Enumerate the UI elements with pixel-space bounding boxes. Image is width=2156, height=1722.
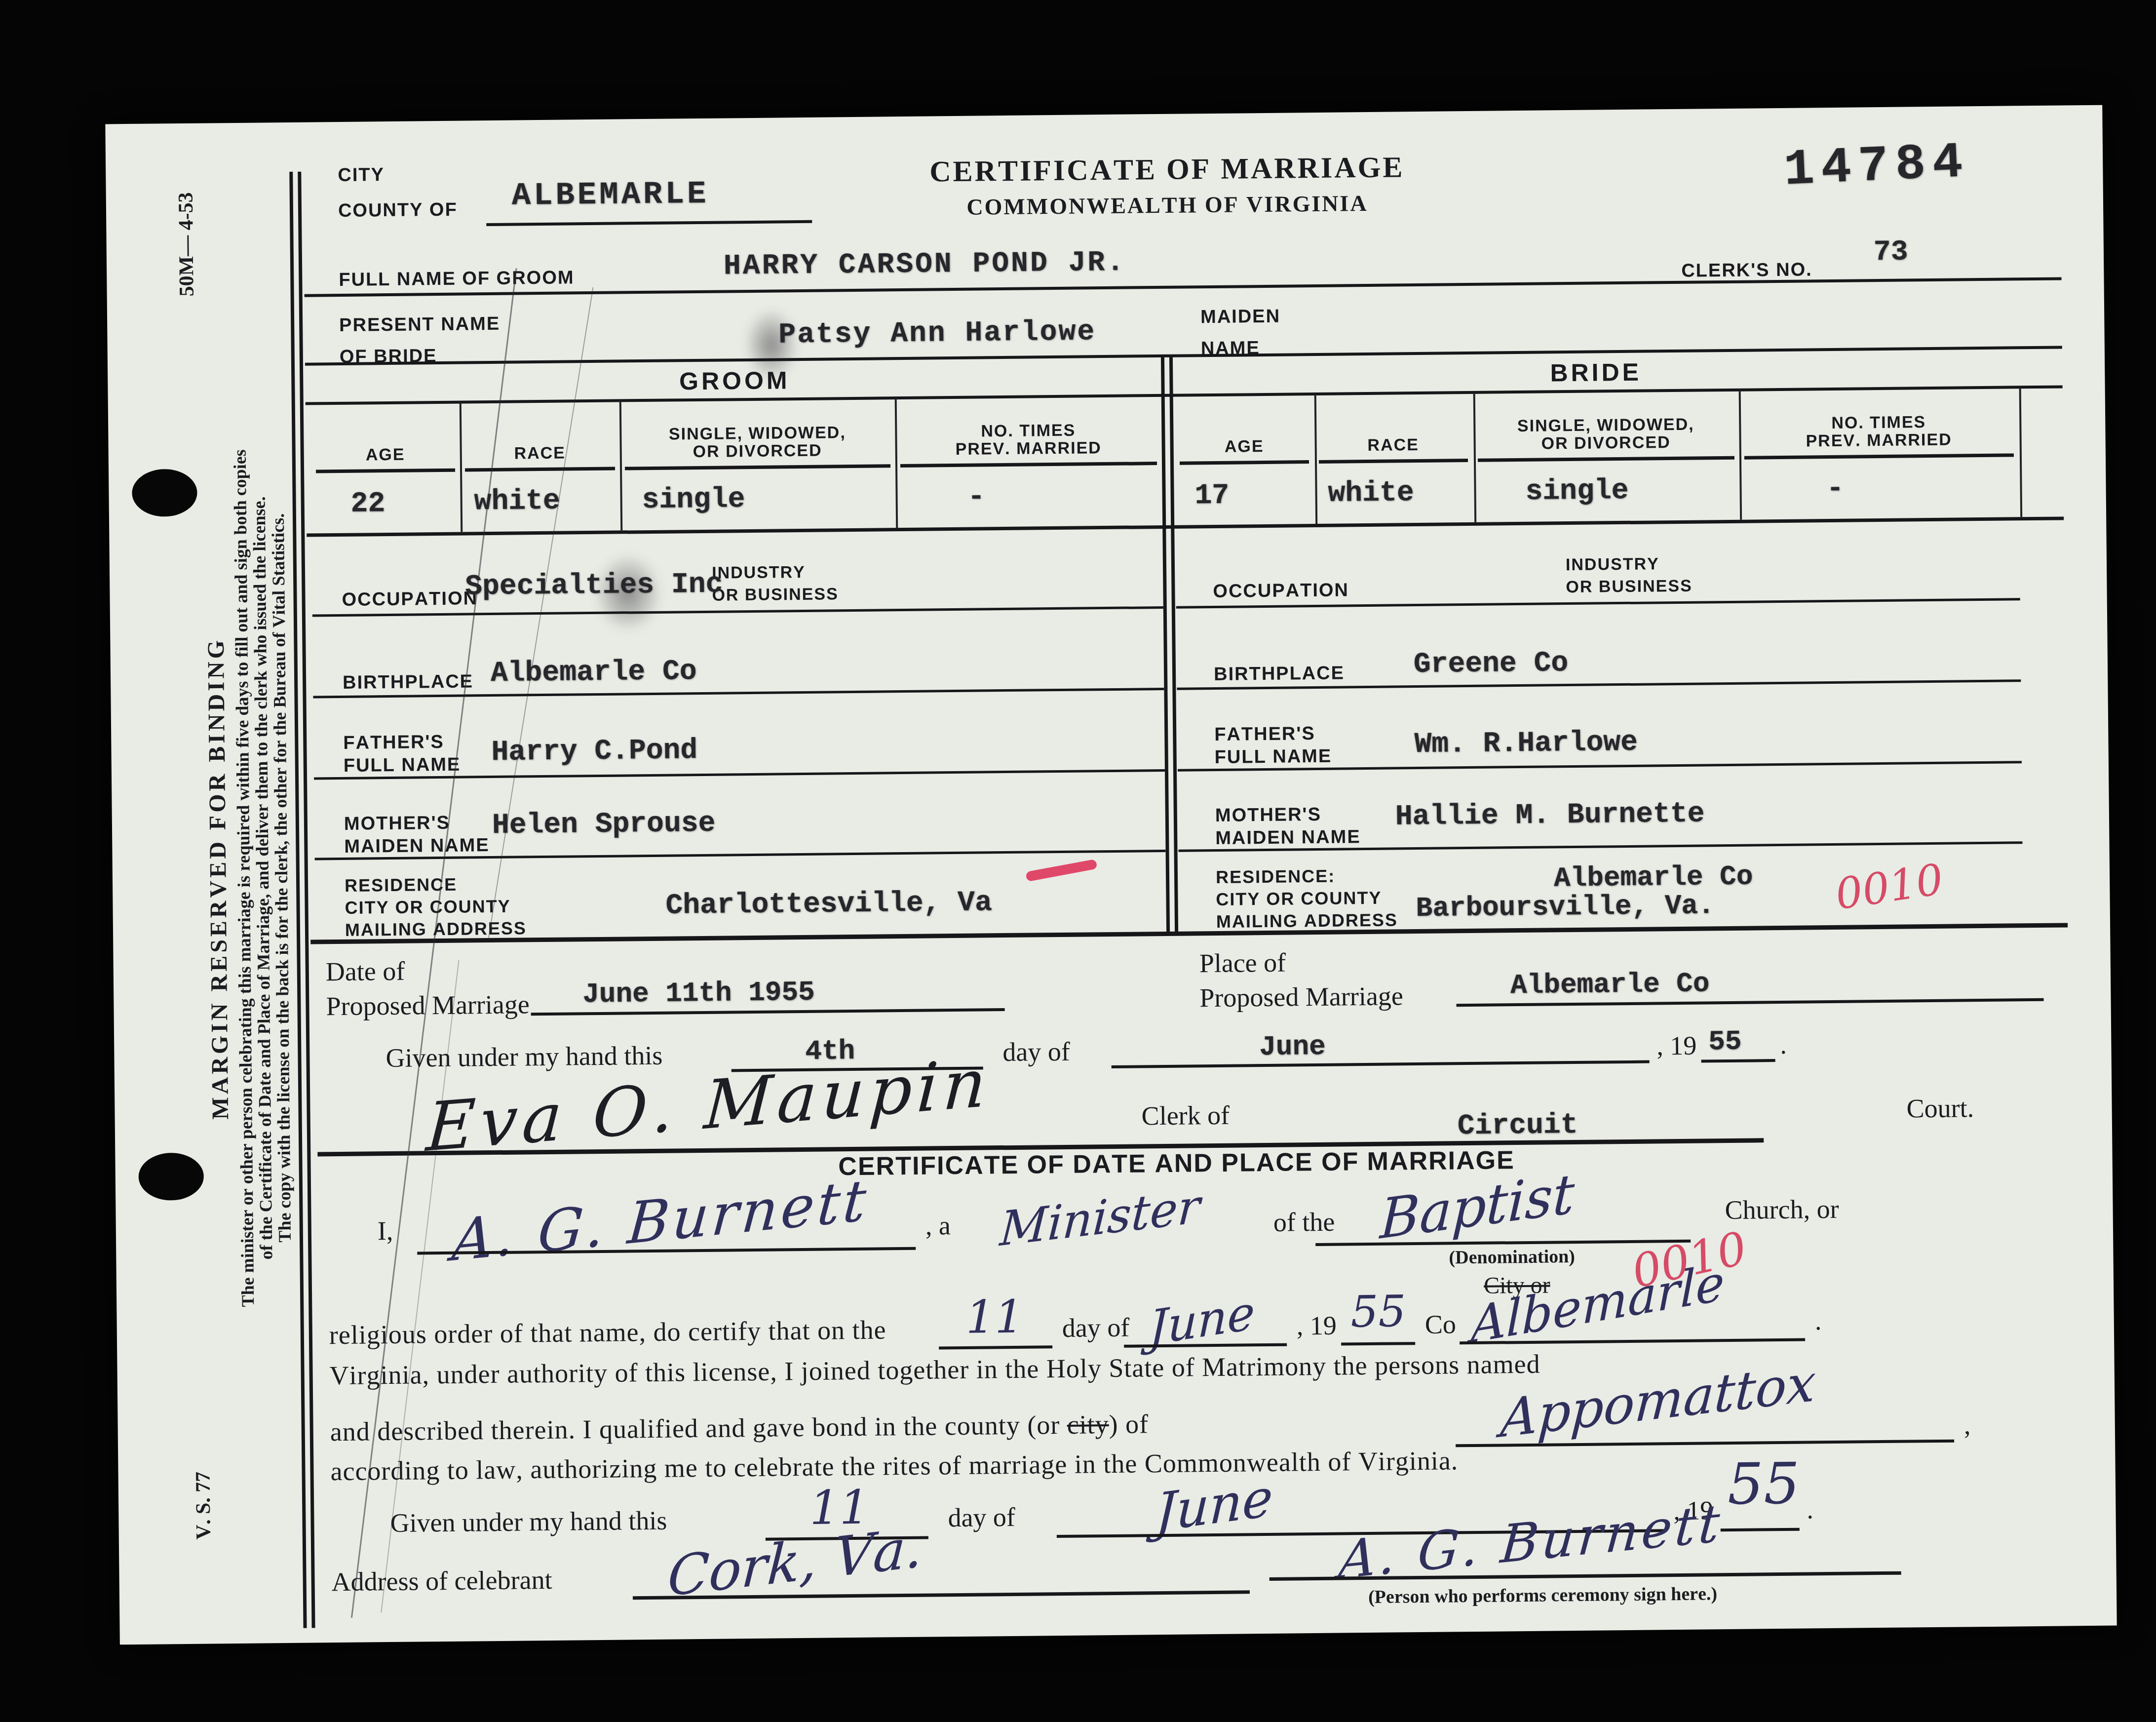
bride-birthplace-label: BIRTHPLACE: [1214, 663, 1345, 685]
date-of-label-2: Proposed Marriage: [326, 989, 530, 1021]
red-check-mark: [1025, 859, 1097, 882]
groom-times-header: NO. TIMES PREV. MARRIED: [900, 403, 1157, 468]
groom-name-value: HARRY CARSON POND JR.: [724, 247, 1126, 283]
virginia-line: Virginia, under authority of this licens…: [329, 1349, 1540, 1391]
cert-co-label: Co: [1424, 1309, 1456, 1340]
print-code: 50M— 4-53: [174, 192, 199, 297]
groom-birthplace-value: Albemarle Co: [491, 656, 697, 690]
county-of-label: COUNTY OF: [338, 200, 458, 221]
bride-race-value: white: [1328, 477, 1414, 510]
rule-under-residence: [310, 923, 2068, 944]
bride-father-value: Wm. R.Harlowe: [1414, 727, 1638, 761]
bride-residence-label-1: RESIDENCE:: [1216, 867, 1335, 887]
cert-i-label: I,: [378, 1215, 393, 1246]
groom-section-title: GROOM: [310, 363, 1159, 398]
court-type-value: Circuit: [1458, 1109, 1578, 1142]
groom-race-header: RACE: [464, 408, 615, 472]
groom-marital-value: single: [642, 483, 745, 516]
bride-col-divider-4: [2019, 387, 2023, 517]
according-line: according to law, authorizing me to cele…: [330, 1445, 1458, 1487]
bond-line: and described therein. I qualified and g…: [330, 1409, 1149, 1447]
place-of-label-1: Place of: [1199, 947, 1286, 979]
of-the-label: of the: [1273, 1207, 1335, 1238]
clerks-no-label: CLERK'S NO.: [1681, 260, 1812, 281]
county-value: ALBEMARLE: [511, 177, 709, 214]
cert-given-day-of: day of: [948, 1502, 1015, 1533]
bride-age-value: 17: [1194, 480, 1229, 512]
city-label: CITY: [338, 165, 385, 186]
bride-father-label-2: FULL NAME: [1215, 746, 1332, 768]
groom-age-header: AGE: [315, 410, 455, 473]
groom-mother-value: Helen Sprouse: [492, 808, 716, 842]
cert-year-rule: [1341, 1342, 1415, 1345]
church-or-label: Church, or: [1725, 1194, 1839, 1225]
bride-col-divider-3: [1739, 390, 1742, 520]
rule-under-values: [307, 516, 2064, 537]
groom-col-divider-1: [460, 402, 463, 532]
bride-residence-value-2: Barboursville, Va.: [1416, 890, 1714, 924]
groom-father-label-1: FATHER'S: [343, 732, 444, 753]
groom-bride-divider: [1161, 356, 1178, 933]
bride-name-value: Patsy Ann Harlowe: [778, 316, 1096, 351]
court-label: Court.: [1906, 1093, 1974, 1124]
bride-section-title: BRIDE: [1174, 355, 2018, 390]
county-underline: [486, 220, 812, 226]
day-of-text: day of: [1002, 1036, 1070, 1067]
certificate-number-stamp: 14784: [1783, 134, 1971, 199]
address-label: Address of celebrant: [331, 1565, 552, 1597]
groom-mother-label-2: MAIDEN NAME: [344, 835, 490, 857]
bride-race-header: RACE: [1318, 400, 1468, 464]
clerks-no-value: 73: [1874, 236, 1908, 269]
given-year-rule: [1701, 1059, 1775, 1062]
groom-times-value: -: [967, 481, 985, 513]
groom-father-value: Harry C.Pond: [491, 735, 697, 769]
cert-year-value: 55: [1350, 1286, 1406, 1337]
groom-industry-label-2: OR BUSINESS: [712, 585, 839, 604]
bride-marital-value: single: [1525, 475, 1628, 508]
groom-birthplace-label: BIRTHPLACE: [343, 671, 473, 693]
groom-residence-label-2: CITY OR COUNTY: [345, 897, 510, 918]
bride-father-label-1: FATHER'S: [1214, 724, 1315, 745]
bride-industry-label-2: OR BUSINESS: [1566, 577, 1693, 596]
given-year-value: 55: [1708, 1026, 1742, 1058]
bride-mother-label-1: MOTHER'S: [1215, 805, 1321, 826]
given-month-value: June: [1259, 1031, 1326, 1063]
cert-end-dot: .: [1814, 1305, 1821, 1336]
bride-residence-label-2: CITY OR COUNTY: [1216, 889, 1382, 909]
groom-father-label-2: FULL NAME: [344, 755, 461, 776]
date-of-label-1: Date of: [326, 956, 405, 987]
cert-given-year: 55: [1727, 1451, 1800, 1518]
groom-residence-label-3: MAILING ADDRESS: [345, 919, 527, 939]
given-hand-text: Given under my hand this: [385, 1040, 662, 1073]
groom-col-divider-3: [895, 398, 898, 528]
document-title: CERTIFICATE OF MARRIAGE: [846, 150, 1488, 190]
cert-given-year-rule: [1721, 1528, 1800, 1532]
groom-marital-header: SINGLE, WIDOWED, OR DIVORCED: [624, 405, 890, 470]
year-prefix-text: , 19: [1656, 1030, 1697, 1061]
cert-day-rule: [939, 1345, 1052, 1349]
cert-day-value: 11: [965, 1291, 1024, 1344]
present-name-label-1: PRESENT NAME: [339, 314, 500, 336]
cert-year-prefix: , 19: [1296, 1310, 1337, 1341]
form-code: V. S. 77: [192, 1472, 216, 1540]
given-month-rule: [1112, 1060, 1650, 1068]
groom-occupation-label: OCCUPATION: [342, 588, 478, 610]
punch-hole-bottom: [138, 1153, 204, 1201]
bride-residence-value-1: Albemarle Co: [1554, 861, 1753, 895]
bride-col-divider-2: [1473, 392, 1477, 522]
groom-residence-label-1: RESIDENCE: [345, 875, 457, 896]
proposed-place-value: Albemarle Co: [1510, 968, 1710, 1001]
bride-industry-label-1: INDUSTRY: [1566, 555, 1659, 574]
role-script: Minister: [999, 1179, 1202, 1257]
bond-comma: ,: [1963, 1409, 1970, 1440]
document-subtitle: COMMONWEALTH OF VIRGINIA: [847, 189, 1488, 221]
bride-birthplace-value: Greene Co: [1414, 647, 1569, 681]
maiden-name-label-1: MAIDEN: [1200, 307, 1280, 328]
cert-a-label: , a: [925, 1210, 951, 1241]
clerk-of-label: Clerk of: [1141, 1100, 1230, 1132]
cert-given-dot: .: [1807, 1494, 1813, 1525]
bond-line-a: and described therein. I qualified and g…: [330, 1410, 1067, 1447]
groom-age-value: 22: [350, 488, 385, 520]
proposed-date-value: June 11th 1955: [582, 977, 815, 1011]
bride-col-divider-1: [1314, 394, 1318, 524]
bride-mother-label-2: MAIDEN NAME: [1215, 827, 1361, 849]
sign-here-caption: (Person who performs ceremony sign here.…: [1368, 1583, 1717, 1608]
denomination-caption: (Denomination): [1449, 1246, 1575, 1268]
groom-col-divider-2: [619, 400, 623, 530]
cert-given-text: Given under my hand this: [390, 1505, 667, 1538]
groom-residence-value: Charlottesville, Va: [665, 887, 992, 922]
groom-industry-label-1: INDUSTRY: [712, 563, 806, 583]
binding-notice: MARGIN RESERVED FOR BINDING: [202, 637, 234, 1120]
cert-day-of: day of: [1062, 1312, 1130, 1343]
groom-occupation-value: Specialties Inc: [465, 569, 723, 603]
celebrant-signature-top: A. G. Burnett: [450, 1167, 871, 1275]
groom-race-value: white: [474, 485, 560, 518]
bond-line-b: ) of: [1109, 1409, 1149, 1439]
bride-times-value: -: [1826, 473, 1844, 505]
bride-age-header: AGE: [1179, 401, 1309, 465]
place-of-label-2: Proposed Marriage: [1199, 980, 1403, 1013]
bond-county-value: Appomattox: [1499, 1352, 1818, 1449]
punch-hole-top: [132, 469, 197, 517]
bond-line-city-struck: city: [1067, 1409, 1109, 1440]
bride-mother-value: Hallie M. Burnette: [1395, 798, 1705, 833]
bride-occupation-label: OCCUPATION: [1213, 580, 1349, 602]
certificate-page: 50M— 4-53 MARGIN RESERVED FOR BINDING Th…: [105, 105, 2117, 1645]
certify-text: religious order of that name, do certify…: [329, 1314, 886, 1350]
groom-mother-label-1: MOTHER'S: [344, 813, 450, 834]
given-day-value: 4th: [805, 1035, 855, 1067]
bride-residence-label-3: MAILING ADDRESS: [1216, 910, 1398, 931]
bride-times-header: NO. TIMES PREV. MARRIED: [1744, 394, 2014, 459]
groom-name-label: FULL NAME OF GROOM: [339, 268, 575, 290]
bride-marital-header: SINGLE, WIDOWED, OR DIVORCED: [1477, 397, 1734, 462]
red-annotation-residence: 0010: [1832, 855, 1946, 919]
period-text: .: [1780, 1029, 1787, 1060]
